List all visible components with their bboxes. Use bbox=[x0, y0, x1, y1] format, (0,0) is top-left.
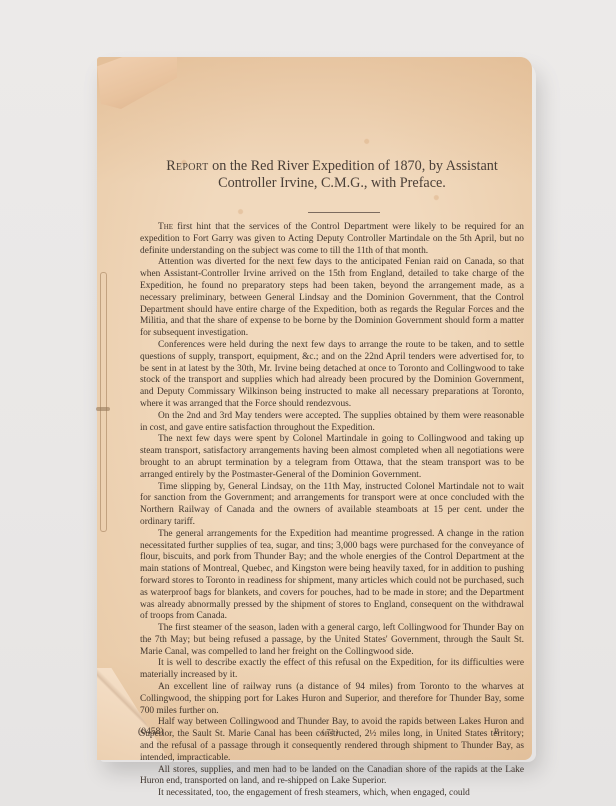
paragraph: Half way between Collingwood and Thunder… bbox=[140, 717, 524, 764]
document-title: Report on the Red River Expedition of 18… bbox=[112, 158, 552, 192]
title-rule bbox=[308, 212, 380, 213]
paragraph: It necessitated, too, the engagement of … bbox=[140, 788, 524, 800]
paragraph: It is well to describe exactly the effec… bbox=[140, 658, 524, 682]
title-line-2: Controller Irvine, C.M.G., with Preface. bbox=[218, 175, 446, 191]
paragraph: An excellent line of railway runs (a dis… bbox=[140, 682, 524, 717]
paragraph: Time slipping by, General Lindsay, on th… bbox=[140, 482, 524, 529]
paragraph: On the 2nd and 3rd May tenders were acce… bbox=[140, 411, 524, 435]
document-body: The first hint that the services of the … bbox=[140, 222, 524, 800]
signature-mark: B bbox=[494, 727, 499, 736]
title-lead: Report bbox=[166, 158, 208, 174]
paragraph: Conferences were held during the next fe… bbox=[140, 340, 524, 411]
paragraph: The general arrangements for the Expedit… bbox=[140, 529, 524, 623]
paragraph: The first hint that the services of the … bbox=[140, 222, 524, 257]
paragraph: The next few days were spent by Colonel … bbox=[140, 434, 524, 481]
binding-knot bbox=[96, 407, 110, 411]
paragraph: All stores, supplies, and men had to be … bbox=[140, 765, 524, 789]
paragraph: The first steamer of the season, laden w… bbox=[140, 623, 524, 658]
document-code: (0458) bbox=[138, 726, 164, 737]
binding-thread bbox=[100, 272, 107, 532]
paragraph: Attention was diverted for the next few … bbox=[140, 257, 524, 340]
title-rest: on the Red River Expedition of 1870, by … bbox=[209, 158, 498, 174]
page-reference: ( 72 ) bbox=[322, 727, 338, 736]
